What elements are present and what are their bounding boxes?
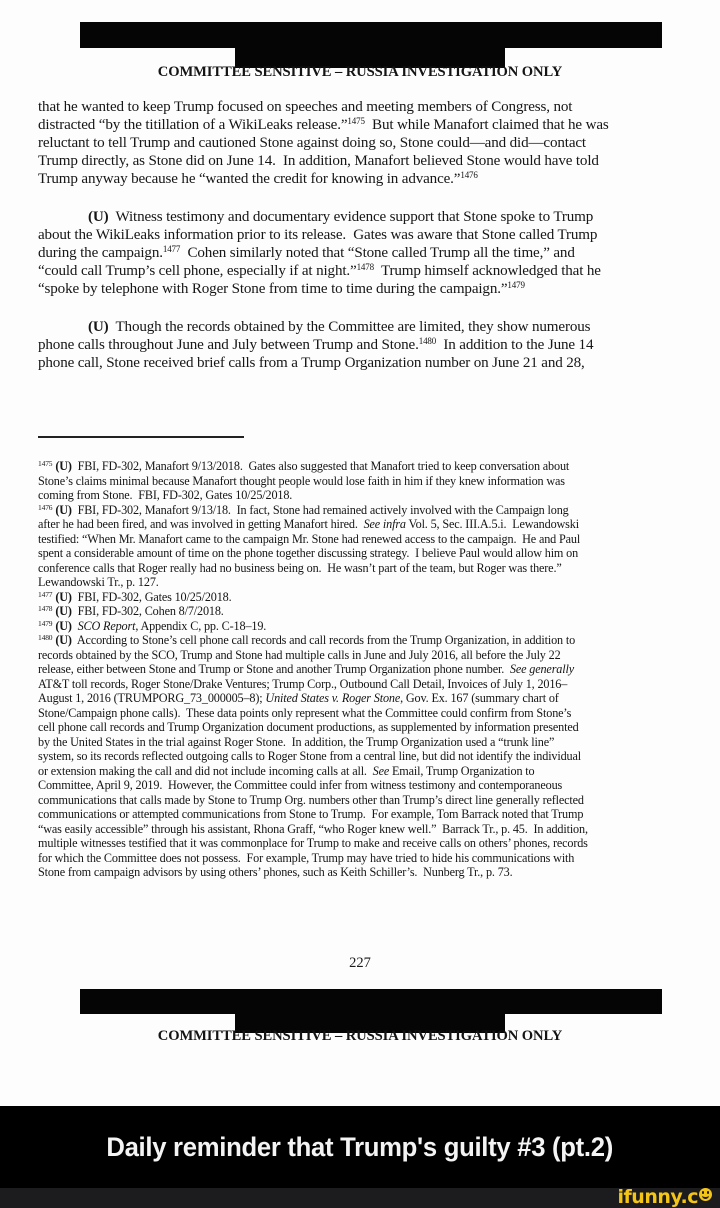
footnote-line: coming from Stone. FBI, FD-302, Gates 10… xyxy=(38,488,292,502)
footnote-ref[interactable]: 1476 xyxy=(460,170,477,180)
redaction-bar-top-wide xyxy=(80,22,662,48)
document-page: COMMITTEE SENSITIVE – RUSSIA INVESTIGATI… xyxy=(0,0,720,1106)
footnote-ref[interactable]: 1477 xyxy=(163,244,180,254)
footnote-line: communications or attempted communicatio… xyxy=(38,807,583,821)
body-line: Trump directly, as Stone did on June 14.… xyxy=(38,152,599,170)
footnote-ref[interactable]: 1480 xyxy=(419,336,436,346)
footnote-line: records obtained by the SCO, Trump and S… xyxy=(38,648,561,662)
footnote-number: 1479 xyxy=(38,619,52,628)
footnote-line: 1475 (U) FBI, FD-302, Manafort 9/13/2018… xyxy=(38,459,569,473)
body-line: that he wanted to keep Trump focused on … xyxy=(38,98,572,116)
footnote-line: release, either between Stone and Trump … xyxy=(38,662,574,676)
body-line: (U) Though the records obtained by the C… xyxy=(88,318,590,336)
footnote-line: Lewandowski Tr., p. 127. xyxy=(38,575,159,589)
page-number: 227 xyxy=(0,955,720,972)
footnote-line: “was easily accessible” through his assi… xyxy=(38,822,588,836)
footnote-ref[interactable]: 1479 xyxy=(507,280,524,290)
classification-header: COMMITTEE SENSITIVE – RUSSIA INVESTIGATI… xyxy=(0,64,720,81)
footnote-line: 1477 (U) FBI, FD-302, Gates 10/25/2018. xyxy=(38,590,232,604)
footnote-ref[interactable]: 1475 xyxy=(347,116,364,126)
meme-caption-band: Daily reminder that Trump's guilty #3 (p… xyxy=(0,1106,720,1188)
footnote-line: Stone/Campaign phone calls). These data … xyxy=(38,706,571,720)
footnote-number: 1475 xyxy=(38,459,52,468)
body-line: phone calls throughout June and July bet… xyxy=(38,336,593,354)
footnote-line: after he had been fired, and was involve… xyxy=(38,517,579,531)
footnote-number: 1476 xyxy=(38,503,52,512)
body-line: during the campaign.1477 Cohen similarly… xyxy=(38,244,575,262)
footnote-line: multiple witnesses testified that it was… xyxy=(38,836,588,850)
footnote-line: Stone’s claims minimal because Manafort … xyxy=(38,474,565,488)
footnote-line: testified: “When Mr. Manafort came to th… xyxy=(38,532,580,546)
classification-footer: COMMITTEE SENSITIVE – RUSSIA INVESTIGATI… xyxy=(0,1028,720,1045)
footnote-line: by the United States in the trial agains… xyxy=(38,735,554,749)
footnote-line: system, so its records reflected outgoin… xyxy=(38,749,581,763)
footnote-line: 1476 (U) FBI, FD-302, Manafort 9/13/18. … xyxy=(38,503,569,517)
redaction-bar-bottom-wide xyxy=(80,989,662,1014)
unclassified-marker: (U) xyxy=(88,319,109,335)
body-line: Trump anyway because he “wanted the cred… xyxy=(38,170,478,188)
smiley-icon xyxy=(699,1188,712,1201)
watermark-bar xyxy=(0,1188,720,1208)
footnote-line: August 1, 2016 (TRUMPORG_73_000005–8); U… xyxy=(38,691,559,705)
footnote-line: 1479 (U) SCO Report, Appendix C, pp. C-1… xyxy=(38,619,266,633)
body-line: reluctant to tell Trump and cautioned St… xyxy=(38,134,586,152)
ifunny-watermark: ifunny.c xyxy=(618,1186,712,1208)
footnote-line: spent a considerable amount of time on t… xyxy=(38,546,578,560)
footnote-number: 1480 xyxy=(38,633,52,642)
body-line: “could call Trump’s cell phone, especial… xyxy=(38,262,601,280)
footnote-line: 1478 (U) FBI, FD-302, Cohen 8/7/2018. xyxy=(38,604,224,618)
footnote-line: or extension making the call and did not… xyxy=(38,764,535,778)
body-line: (U) Witness testimony and documentary ev… xyxy=(88,208,593,226)
footnote-line: AT&T toll records, Roger Stone/Drake Ven… xyxy=(38,677,567,691)
footnote-line: Committee, April 9, 2019. However, the C… xyxy=(38,778,562,792)
body-line: phone call, Stone received brief calls f… xyxy=(38,354,585,372)
meme-caption: Daily reminder that Trump's guilty #3 (p… xyxy=(107,1132,614,1163)
footnote-line: cell phone call records and Trump Organi… xyxy=(38,720,579,734)
footnote-line: Stone from campaign advisors by using ot… xyxy=(38,865,513,879)
footnote-line: for which the Committee does not possess… xyxy=(38,851,574,865)
footnote-line: 1480 (U) According to Stone’s cell phone… xyxy=(38,633,575,647)
footnote-line: communications that calls made by Stone … xyxy=(38,793,584,807)
body-line: about the WikiLeaks information prior to… xyxy=(38,226,597,244)
footnote-number: 1478 xyxy=(38,604,52,613)
footnote-number: 1477 xyxy=(38,590,52,599)
unclassified-marker: (U) xyxy=(88,209,109,225)
footnote-separator xyxy=(38,436,244,438)
footnote-ref[interactable]: 1478 xyxy=(357,262,374,272)
footnote-line: conference calls that Roger really had n… xyxy=(38,561,562,575)
watermark-text: ifunny.c xyxy=(618,1186,698,1208)
body-line: “spoke by telephone with Roger Stone fro… xyxy=(38,280,525,298)
body-line: distracted “by the titillation of a Wiki… xyxy=(38,116,609,134)
